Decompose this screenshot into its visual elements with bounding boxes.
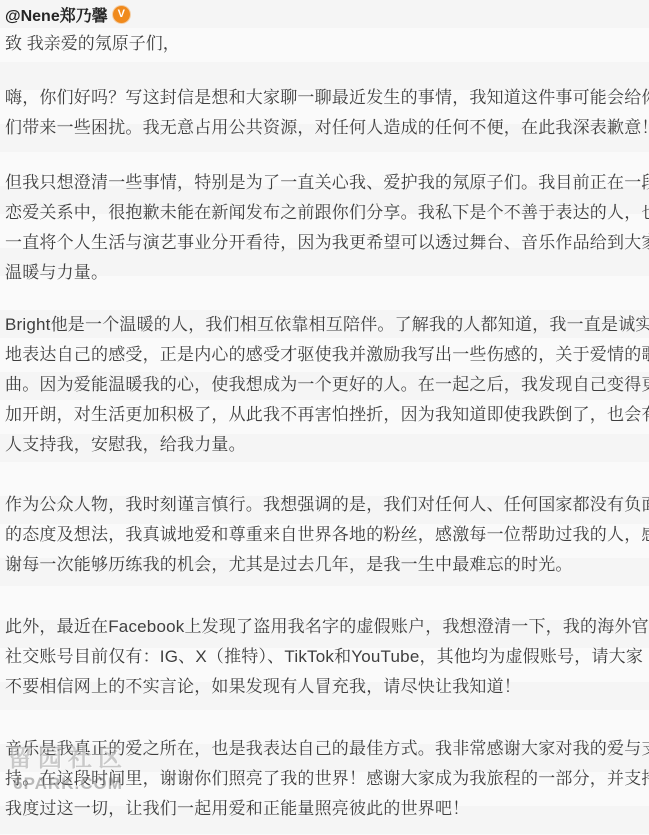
post-page: @Nene郑乃馨 V 致 我亲爱的氖原子们， 嗨，你们好吗？写这封信是想和大家聊… — [0, 0, 649, 835]
paragraph-6: 音乐是我真正的爱之所在，也是我表达自己的最佳方式。我非常感谢大家对我的爱与支 持… — [5, 734, 649, 824]
text-line: 音乐是我真正的爱之所在，也是我表达自己的最佳方式。我非常感谢大家对我的爱与支 — [5, 734, 649, 764]
text-line: 加开朗，对生活更加积极了，从此我不再害怕挫折，因为我知道即使我跌倒了，也会有 — [5, 400, 649, 430]
verified-badge-icon: V — [113, 6, 130, 23]
text-line: 谢每一次能够历练我的机会，尤其是过去几年，是我一生中最难忘的时光。 — [5, 550, 649, 580]
post-header: @Nene郑乃馨 V — [5, 1, 130, 27]
text-line: 曲。因为爱能温暖我的心，使我想成为一个更好的人。在一起之后，我发现自己变得更 — [5, 370, 649, 400]
paragraph-2: 但我只想澄清一些事情，特别是为了一直关心我、爱护我的氖原子们。我目前正在一段 恋… — [5, 168, 649, 288]
text-line: 但我只想澄清一些事情，特别是为了一直关心我、爱护我的氖原子们。我目前正在一段 — [5, 168, 649, 198]
paragraph-1: 嗨，你们好吗？写这封信是想和大家聊一聊最近发生的事情，我知道这件事可能会给你 们… — [5, 83, 649, 143]
text-line: 嗨，你们好吗？写这封信是想和大家聊一聊最近发生的事情，我知道这件事可能会给你 — [5, 83, 649, 113]
text-line: 们带来一些困扰。我无意占用公共资源，对任何人造成的任何不便，在此我深表歉意！ — [5, 113, 649, 143]
paragraph-4: 作为公众人物，我时刻谨言慎行。我想强调的是，我们对任何人、任何国家都没有负面 的… — [5, 490, 649, 580]
text-line: 社交账号目前仅有：IG、X（推特）、TikTok和YouTube，其他均为虚假账… — [5, 642, 649, 672]
text-line: 一直将个人生活与演艺事业分开看待，因为我更希望可以透过舞台、音乐作品给到大家 — [5, 228, 649, 258]
text-line: 恋爱关系中，很抱歉未能在新闻发布之前跟你们分享。我私下是个不善于表达的人，也 — [5, 198, 649, 228]
text-line: 作为公众人物，我时刻谨言慎行。我想强调的是，我们对任何人、任何国家都没有负面 — [5, 490, 649, 520]
text-line: 持。在这段时间里，谢谢你们照亮了我的世界！感谢大家成为我旅程的一部分，并支持 — [5, 764, 649, 794]
salutation-line: 致 我亲爱的氖原子们， — [5, 30, 180, 58]
text-line: 地表达自己的感受，正是内心的感受才驱使我并激励我写出一些伤感的，关于爱情的歌 — [5, 340, 649, 370]
text-line: 我度过这一切，让我们一起用爱和正能量照亮彼此的世界吧！ — [5, 794, 649, 824]
text-line: 温暖与力量。 — [5, 258, 649, 288]
author-handle[interactable]: @Nene郑乃馨 — [5, 3, 108, 26]
text-line: 不要相信网上的不实言论，如果发现有人冒充我，请尽快让我知道！ — [5, 672, 649, 702]
text-line: 的态度及想法，我真诚地爱和尊重来自世界各地的粉丝，感激每一位帮助过我的人，感 — [5, 520, 649, 550]
paragraph-3: Bright他是一个温暖的人，我们相互依靠相互陪伴。了解我的人都知道，我一直是诚… — [5, 310, 649, 460]
text-line: Bright他是一个温暖的人，我们相互依靠相互陪伴。了解我的人都知道，我一直是诚… — [5, 310, 649, 340]
paragraph-5: 此外，最近在Facebook上发现了盗用我名字的虚假账户，我想澄清一下，我的海外… — [5, 612, 649, 702]
text-line: 此外，最近在Facebook上发现了盗用我名字的虚假账户，我想澄清一下，我的海外… — [5, 612, 649, 642]
text-line: 人支持我，安慰我，给我力量。 — [5, 430, 649, 460]
